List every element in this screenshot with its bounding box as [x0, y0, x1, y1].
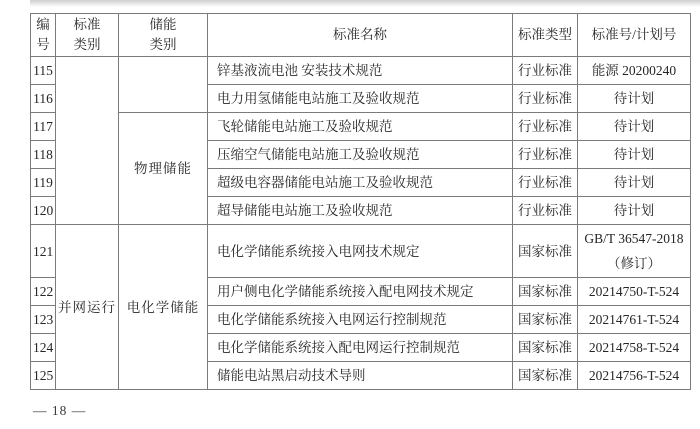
row-id: 118	[31, 141, 56, 169]
standard-number: 20214750-T-524	[578, 278, 691, 306]
standard-name: 超级电容器储能电站施工及验收规范	[208, 169, 513, 197]
standard-type: 行业标准	[513, 197, 578, 225]
standard-type: 行业标准	[513, 169, 578, 197]
standards-table: 编号 标准 类别 储能 类别 标准名称 标准类型 标准号/计划号 115锌基液流…	[30, 13, 691, 390]
table-header-row: 编号 标准 类别 储能 类别 标准名称 标准类型 标准号/计划号	[31, 14, 691, 57]
standard-type: 国家标准	[513, 362, 578, 390]
standard-number: 待计划	[578, 141, 691, 169]
standard-number: 待计划	[578, 197, 691, 225]
row-id: 120	[31, 197, 56, 225]
standard-number: 20214758-T-524	[578, 334, 691, 362]
col-header-category: 标准 类别	[56, 14, 119, 57]
standard-number: 待计划	[578, 113, 691, 141]
standard-type: 国家标准	[513, 225, 578, 278]
standard-name: 电化学储能系统接入电网运行控制规范	[208, 306, 513, 334]
col-header-id: 编号	[31, 14, 56, 57]
standard-name: 锌基液流电池 安装技术规范	[208, 57, 513, 85]
standard-number: 能源 20200240	[578, 57, 691, 85]
row-id: 125	[31, 362, 56, 390]
standard-name: 超导储能电站施工及验收规范	[208, 197, 513, 225]
standard-number: 待计划	[578, 169, 691, 197]
standard-name: 压缩空气储能电站施工及验收规范	[208, 141, 513, 169]
row-id: 123	[31, 306, 56, 334]
row-id: 119	[31, 169, 56, 197]
standard-type: 国家标准	[513, 278, 578, 306]
standard-type: 行业标准	[513, 85, 578, 113]
standard-type: 行业标准	[513, 57, 578, 85]
standard-name: 电力用氢储能电站施工及验收规范	[208, 85, 513, 113]
standard-type: 行业标准	[513, 113, 578, 141]
col-header-number: 标准号/计划号	[578, 14, 691, 57]
scan-artifact	[30, 0, 700, 7]
category-cell: 并网运行	[56, 225, 119, 390]
table-row: 121并网运行电化学储能电化学储能系统接入电网技术规定国家标准GB/T 3654…	[31, 225, 691, 278]
col-header-storage: 储能 类别	[119, 14, 208, 57]
col-header-name: 标准名称	[208, 14, 513, 57]
document-page: 编号 标准 类别 储能 类别 标准名称 标准类型 标准号/计划号 115锌基液流…	[0, 0, 700, 429]
page-number: — 18 —	[33, 403, 86, 419]
standard-number: 20214761-T-524	[578, 306, 691, 334]
standard-type: 国家标准	[513, 334, 578, 362]
standard-type: 行业标准	[513, 141, 578, 169]
storage-cell	[119, 57, 208, 113]
row-id: 116	[31, 85, 56, 113]
standard-number: 20214756-T-524	[578, 362, 691, 390]
standard-type: 国家标准	[513, 306, 578, 334]
category-cell	[56, 57, 119, 225]
standard-name: 电化学储能系统接入电网技术规定	[208, 225, 513, 278]
standard-number: GB/T 36547-2018 （修订）	[578, 225, 691, 278]
row-id: 122	[31, 278, 56, 306]
standard-name: 储能电站黑启动技术导则	[208, 362, 513, 390]
standard-name: 用户侧电化学储能系统接入配电网技术规定	[208, 278, 513, 306]
storage-cell: 物理储能	[119, 113, 208, 225]
standard-number: 待计划	[578, 85, 691, 113]
row-id: 121	[31, 225, 56, 278]
storage-cell: 电化学储能	[119, 225, 208, 390]
row-id: 124	[31, 334, 56, 362]
standard-name: 飞轮储能电站施工及验收规范	[208, 113, 513, 141]
col-header-type: 标准类型	[513, 14, 578, 57]
standard-name: 电化学储能系统接入配电网运行控制规范	[208, 334, 513, 362]
table-row: 115锌基液流电池 安装技术规范行业标准能源 20200240	[31, 57, 691, 85]
row-id: 117	[31, 113, 56, 141]
table-row: 117物理储能飞轮储能电站施工及验收规范行业标准待计划	[31, 113, 691, 141]
row-id: 115	[31, 57, 56, 85]
